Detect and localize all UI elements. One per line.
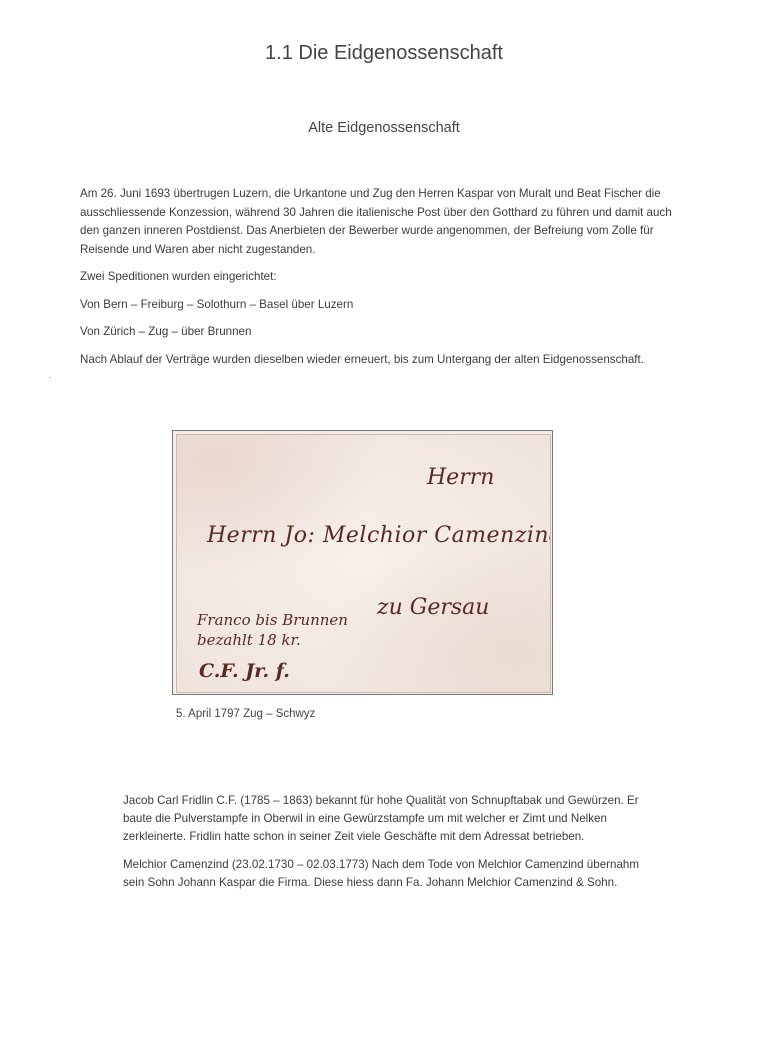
handwriting-line: Herrn xyxy=(427,465,494,490)
figure-caption: 5. April 1797 Zug – Schwyz xyxy=(176,708,315,720)
intro-paragraph: Nach Ablauf der Verträge wurden dieselbe… xyxy=(80,351,680,370)
handwriting-line: Herrn Jo: Melchior Camenzind & Sohn xyxy=(207,523,551,548)
historic-letter-image: Herrn Herrn Jo: Melchior Camenzind & Soh… xyxy=(176,434,551,693)
intro-paragraph: Zwei Speditionen wurden eingerichtet: xyxy=(80,268,680,287)
notes-paragraph: Jacob Carl Fridlin C.F. (1785 – 1863) be… xyxy=(123,792,663,846)
intro-text: Am 26. Juni 1693 übertrugen Luzern, die … xyxy=(80,185,680,378)
notes-text: Jacob Carl Fridlin C.F. (1785 – 1863) be… xyxy=(123,792,663,902)
notes-paragraph: Melchior Camenzind (23.02.1730 – 02.03.1… xyxy=(123,856,663,892)
intro-paragraph: Von Zürich – Zug – über Brunnen xyxy=(80,323,680,342)
section-title: Alte Eidgenossenschaft xyxy=(0,120,768,136)
scan-speck xyxy=(49,377,51,378)
handwriting-line: zu Gersau xyxy=(377,595,489,620)
intro-paragraph: Von Bern – Freiburg – Solothurn – Basel … xyxy=(80,296,680,315)
letter-image-frame: Herrn Herrn Jo: Melchior Camenzind & Soh… xyxy=(172,430,553,695)
handwriting-note: Franco bis Brunnenbezahlt 18 kr. xyxy=(197,610,348,650)
intro-paragraph: Am 26. Juni 1693 übertrugen Luzern, die … xyxy=(80,185,680,259)
page-title: 1.1 Die Eidgenossenschaft xyxy=(0,42,768,65)
handwriting-initials: C.F. Jr. f. xyxy=(199,660,290,682)
